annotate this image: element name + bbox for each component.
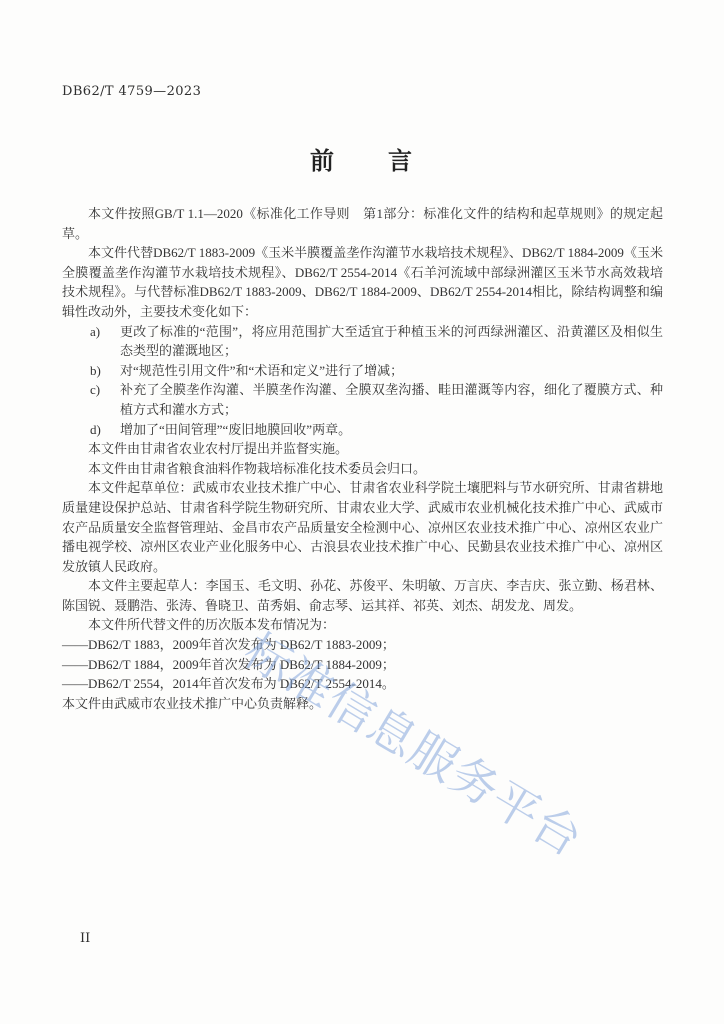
change-text-d: 增加了“田间管理”“废旧地膜回收”两章。 — [120, 422, 351, 437]
para-replacement: 本文件代替DB62/T 1883-2009《玉米半膜覆盖垄作沟灌节水栽培技术规程… — [62, 243, 663, 321]
change-marker-c: c) — [90, 380, 100, 400]
change-marker-d: d) — [90, 420, 101, 440]
para-centralization: 本文件由甘肃省粮食油料作物栽培标准化技术委员会归口。 — [62, 459, 663, 479]
foreword-body: 本文件按照GB/T 1.1—2020《标准化工作导则 第1部分：标准化文件的结构… — [62, 204, 663, 713]
history-line-1884: ——DB62/T 1884，2009年首次发布为 DB62/T 1884-200… — [62, 655, 663, 675]
page-number: II — [80, 931, 90, 946]
change-item-b: b) 对“规范性引用文件”和“术语和定义”进行了增减； — [62, 361, 663, 381]
change-item-c: c) 补充了全膜垄作沟灌、半膜垄作沟灌、全膜双垄沟播、畦田灌溉等内容，细化了覆膜… — [62, 380, 663, 419]
change-text-b: 对“规范性引用文件”和“术语和定义”进行了增减； — [120, 363, 403, 378]
change-item-a: a) 更改了标准的“范围”，将应用范围扩大至适宜于种植玉米的河西绿洲灌区、沿黄灌… — [62, 322, 663, 361]
change-item-d: d) 增加了“田间管理”“废旧地膜回收”两章。 — [62, 420, 663, 440]
para-proposal: 本文件由甘肃省农业农村厅提出并监督实施。 — [62, 439, 663, 459]
change-marker-a: a) — [90, 322, 100, 342]
page-title: 前 言 — [0, 141, 724, 176]
para-history-intro: 本文件所代替文件的历次版本发布情况为： — [62, 615, 663, 635]
para-interpretation: 本文件由武威市农业技术推广中心负责解释。 — [62, 694, 663, 714]
change-text-c: 补充了全膜垄作沟灌、半膜垄作沟灌、全膜双垄沟播、畦田灌溉等内容，细化了覆膜方式、… — [120, 382, 663, 417]
history-line-2554: ——DB62/T 2554，2014年首次发布为 DB62/T 2554-201… — [62, 674, 663, 694]
para-drafting-units: 本文件起草单位：武威市农业技术推广中心、甘肃省农业科学院土壤肥料与节水研究所、甘… — [62, 478, 663, 576]
para-drafters: 本文件主要起草人：李国玉、毛文明、孙花、苏俊平、朱明敏、万言庆、李吉庆、张立勤、… — [62, 576, 663, 615]
change-marker-b: b) — [90, 361, 101, 381]
para-basis: 本文件按照GB/T 1.1—2020《标准化工作导则 第1部分：标准化文件的结构… — [62, 204, 663, 243]
change-text-a: 更改了标准的“范围”，将应用范围扩大至适宜于种植玉米的河西绿洲灌区、沿黄灌区及相… — [120, 324, 663, 359]
history-line-1883: ——DB62/T 1883，2009年首次发布为 DB62/T 1883-200… — [62, 635, 663, 655]
standard-number: DB62/T 4759—2023 — [62, 84, 201, 99]
document-page: DB62/T 4759—2023 前 言 本文件按照GB/T 1.1—2020《… — [0, 0, 724, 1024]
